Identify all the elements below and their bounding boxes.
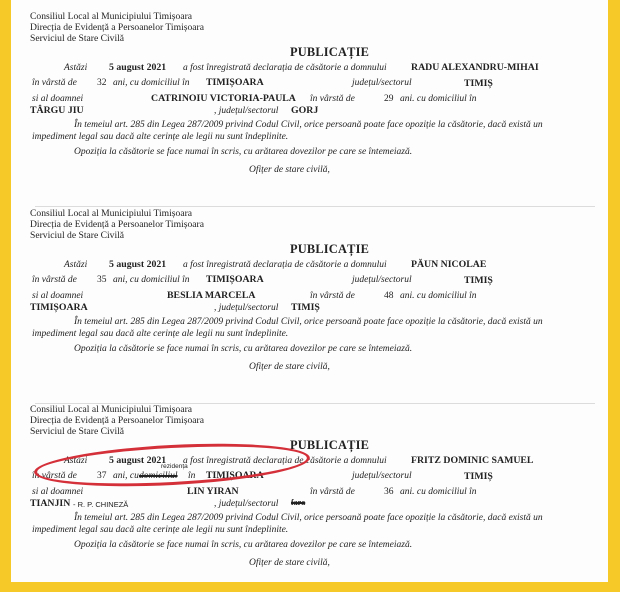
bride-city: TIANJIN — [30, 498, 70, 509]
label-age: în vârstă de — [310, 291, 355, 301]
label-bride: si al doamnei — [32, 487, 83, 497]
groom-city: TIMIȘOARA — [206, 470, 264, 481]
label-registered: a fost înregistrată declarația de căsăto… — [183, 63, 387, 73]
legal-basis-cont: impediment legal sau dacă alte cerințe a… — [32, 329, 288, 339]
label-registered: a fost înregistrată declarația de căsăto… — [183, 260, 387, 270]
label-county: , județul/sectorul — [214, 499, 278, 509]
issuer-directorate: Direcția de Evidență a Persoanelor Timiș… — [30, 23, 204, 34]
issuer-service: Serviciul de Stare Civilă — [30, 34, 124, 45]
label-bride: si al doamnei — [32, 94, 83, 104]
opposition-note: Opoziția la căsătorie se face numai în s… — [74, 540, 412, 550]
label-bride: si al doamnei — [32, 291, 83, 301]
bride-city: TIMIȘOARA — [30, 302, 88, 313]
document-page: Consiliul Local al Municipiului Timișoar… — [11, 0, 608, 582]
publication-date: 5 august 2021 — [109, 259, 166, 270]
publication-title: PUBLICAȚIE — [11, 45, 608, 60]
bride-country-note: - R. P. CHINEZĂ — [73, 500, 128, 509]
legal-basis-cont: impediment legal sau dacă alte cerințe a… — [32, 525, 288, 535]
label-astazi: Astăzi — [64, 63, 87, 73]
label-astazi: Astăzi — [64, 260, 87, 270]
bride-county: GORJ — [291, 105, 318, 116]
groom-name: FRITZ DOMINIC SAMUEL — [411, 455, 533, 466]
issuer-council: Consiliul Local al Municipiului Timișoar… — [30, 209, 192, 220]
groom-age: 37 — [97, 471, 107, 481]
legal-basis-cont: impediment legal sau dacă alte cerințe a… — [32, 132, 288, 142]
groom-city: TIMIȘOARA — [206, 77, 264, 88]
bride-name: BESLIA MARCELA — [167, 290, 255, 301]
legal-basis: În temeiul art. 285 din Legea 287/2009 p… — [74, 120, 543, 130]
groom-county: TIMIȘ — [464, 78, 493, 89]
groom-name: PĂUN NICOLAE — [411, 259, 486, 270]
struck-domicile-word: domiciliul — [139, 471, 178, 481]
opposition-note: Opoziția la căsătorie se face numai în s… — [74, 344, 412, 354]
issuer-service: Serviciul de Stare Civilă — [30, 231, 124, 242]
publication-date: 5 august 2021 — [109, 455, 166, 466]
groom-city: TIMIȘOARA — [206, 274, 264, 285]
label-county: județul/sectorul — [352, 275, 412, 285]
bride-age: 36 — [384, 487, 394, 497]
legal-basis: În temeiul art. 285 din Legea 287/2009 p… — [74, 317, 543, 327]
issuer-directorate: Direcția de Evidență a Persoanelor Timiș… — [30, 220, 204, 231]
groom-age: 32 — [97, 78, 107, 88]
groom-county: TIMIȘ — [464, 275, 493, 286]
label-county: , județul/sectorul — [214, 303, 278, 313]
bride-city: TÂRGU JIU — [30, 105, 84, 116]
label-domicile: ani, cu domiciliul în — [113, 275, 190, 285]
label-age: în vârstă de — [310, 487, 355, 497]
issuer-council: Consiliul Local al Municipiului Timișoar… — [30, 405, 192, 416]
groom-name: RADU ALEXANDRU-MIHAI — [411, 62, 539, 73]
issuer-directorate: Direcția de Evidență a Persoanelor Timiș… — [30, 416, 204, 427]
groom-age: 35 — [97, 275, 107, 285]
section-divider — [35, 206, 595, 207]
officer-signature: Ofițer de stare civilă, — [249, 165, 330, 175]
label-domicile: ani. cu domiciliul în — [400, 94, 477, 104]
label-county: , județul/sectorul — [214, 106, 278, 116]
bride-name: CATRINOIU VICTORIA-PAULA — [151, 93, 296, 104]
issuer-service: Serviciul de Stare Civilă — [30, 427, 124, 438]
label-in: în — [188, 471, 195, 481]
handwritten-residence: rezidența — [161, 463, 188, 470]
opposition-note: Opoziția la căsătorie se face numai în s… — [74, 147, 412, 157]
label-county: județul/sectorul — [352, 78, 412, 88]
groom-county: TIMIȘ — [464, 471, 493, 482]
label-domicile: ani. cu domiciliul în — [400, 291, 477, 301]
publication-title: PUBLICAȚIE — [11, 242, 608, 257]
label-registered: a fost înregistrată declarația de căsăto… — [183, 456, 387, 466]
label-county: județul/sectorul — [352, 471, 412, 481]
issuer-council: Consiliul Local al Municipiului Timișoar… — [30, 12, 192, 23]
label-age: în vârstă de — [32, 78, 77, 88]
label-ani-cu: ani, cu — [113, 471, 139, 481]
bride-county: TIMIȘ — [291, 302, 320, 313]
legal-basis: În temeiul art. 285 din Legea 287/2009 p… — [74, 513, 543, 523]
officer-signature: Ofițer de stare civilă, — [249, 362, 330, 372]
label-age: în vârstă de — [32, 275, 77, 285]
bride-age: 48 — [384, 291, 394, 301]
publication-date: 5 august 2021 — [109, 62, 166, 73]
bride-county-struck: fara — [291, 498, 305, 507]
publication-title: PUBLICAȚIE — [11, 438, 608, 453]
officer-signature: Ofițer de stare civilă, — [249, 558, 330, 568]
label-astazi: Astăzi — [64, 456, 87, 466]
label-domicile: ani. cu domiciliul în — [400, 487, 477, 497]
bride-age: 29 — [384, 94, 394, 104]
label-domicile: ani, cu domiciliul în — [113, 78, 190, 88]
label-age: în vârstă de — [32, 471, 77, 481]
label-age: în vârstă de — [310, 94, 355, 104]
bride-name: LIN YIRAN — [187, 486, 239, 497]
